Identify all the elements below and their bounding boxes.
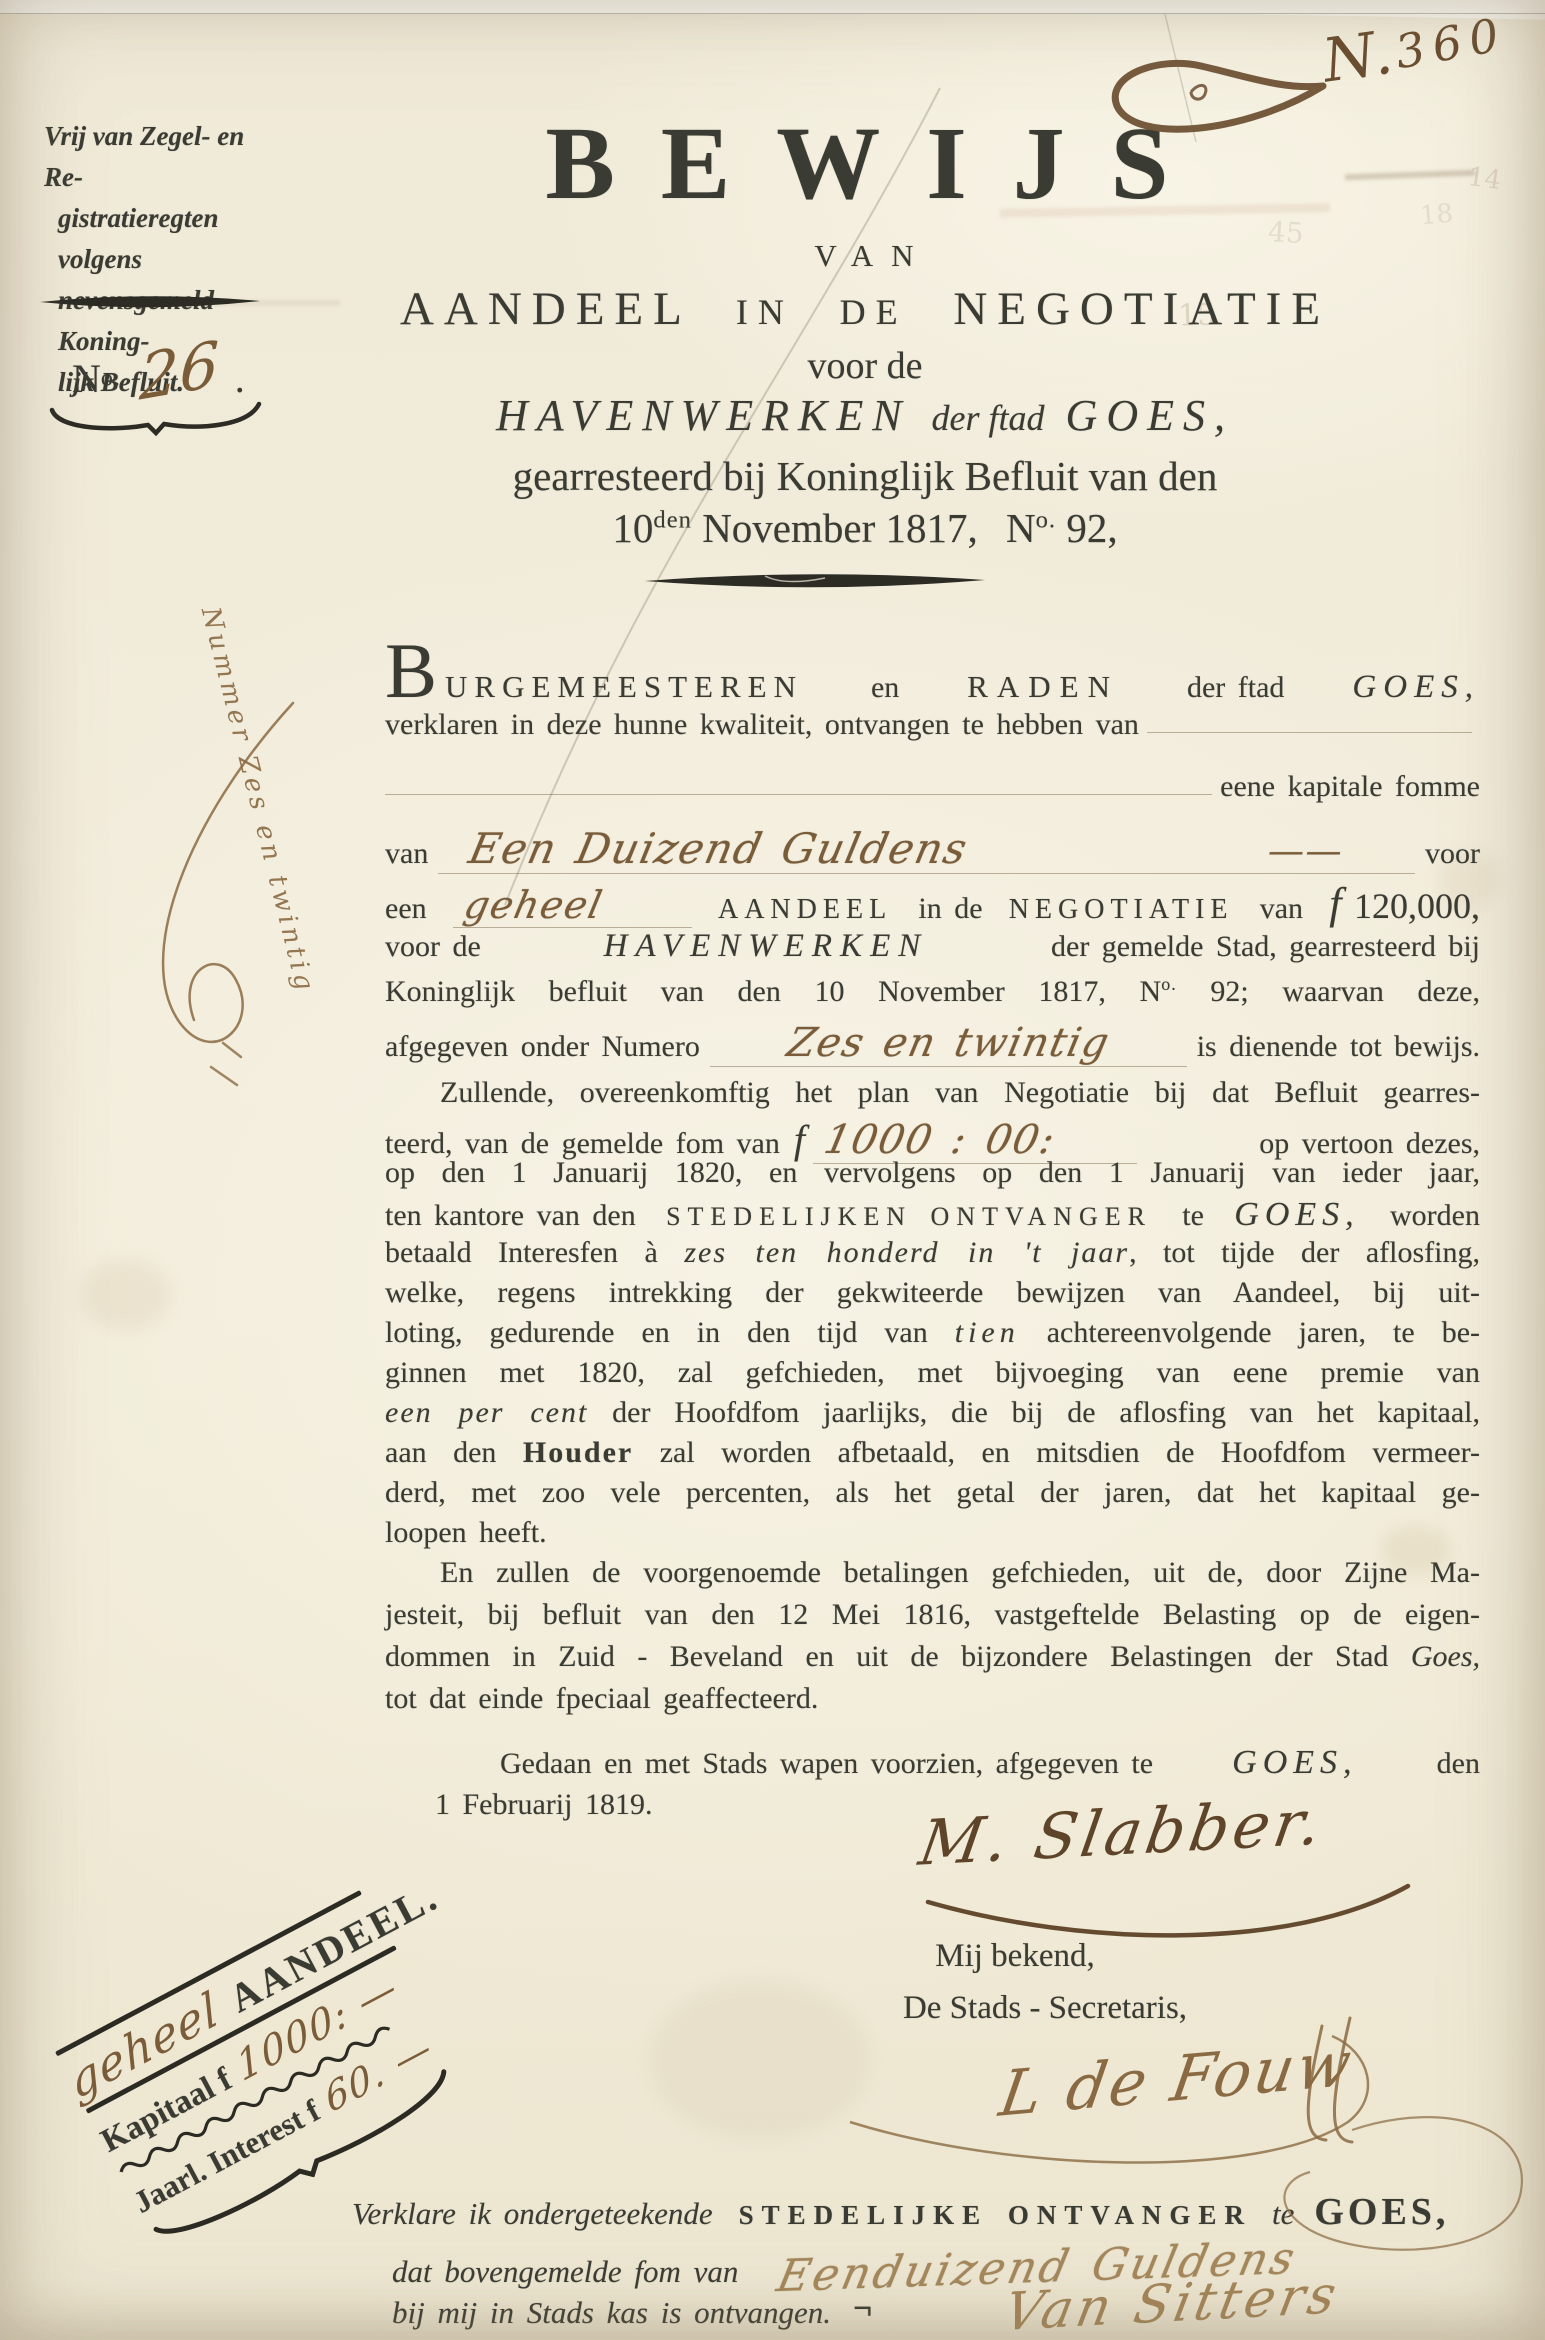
body-line: En zullen de voorgenoemde betalingen gef… — [385, 1556, 1480, 1590]
body-line: loting, gedurende en in den tijd van tie… — [385, 1316, 1480, 1350]
body-text: Koninglijk befluit van den 10 November 1… — [385, 975, 1161, 1008]
body-text: der gemelde Stad, gearresteerd bij — [1051, 930, 1480, 964]
body-text: zal worden afbetaald, en mitsdien de Hoo… — [660, 1436, 1480, 1469]
body-text: en — [871, 671, 899, 705]
body-text: worden — [1390, 1199, 1480, 1233]
share-number-label: N — [72, 356, 101, 401]
body-text: ten kantore van den — [385, 1199, 636, 1233]
body-text-italic: tien — [955, 1316, 1020, 1349]
ruled-fill-line: Een Duizend Guldens —— — [438, 824, 1415, 874]
body-line: B URGEMEESTEREN en RADEN der ftad GOES, — [385, 642, 1480, 706]
folio-prefix: N. — [1318, 17, 1398, 96]
title-word: NEGOTIATIE — [953, 283, 1330, 335]
title-word: AANDEEL — [400, 283, 690, 335]
body-text: GOES, — [1352, 669, 1480, 706]
title-word: DE — [840, 292, 908, 332]
body-text: , tot tijde der aflosfing, — [1129, 1236, 1480, 1269]
body-text: loting, gedurende en in den tijd van — [385, 1316, 928, 1349]
body-text-italic: een per cent — [385, 1396, 588, 1429]
receipt-text: Verklare ik ondergeteekende — [352, 2196, 713, 2232]
ghost-mark: 18 — [1419, 199, 1455, 232]
secretary-signature: L de Fouw — [995, 2026, 1359, 2131]
body-text: is dienende tot bewijs. — [1197, 1030, 1480, 1064]
title-word: GOES, — [1066, 391, 1234, 440]
body-line: ginnen met 1820, zal gefchieden, met bij… — [385, 1356, 1480, 1390]
receipt-text: STEDELIJKE ONTVANGER — [739, 2200, 1252, 2231]
paper-stain — [80, 1260, 170, 1330]
body-text: Gedaan en met Stads wapen voorzien, afge… — [500, 1747, 1153, 1781]
body-text: HAVENWERKEN — [604, 928, 929, 965]
printed-end-mark: ¬ — [853, 2290, 872, 2328]
lens-rule-ornament — [40, 294, 260, 310]
body-line: Koninglijk befluit van den 10 November 1… — [385, 974, 1480, 1009]
body-line: betaald Interesfen à zes ten honderd in … — [385, 1236, 1480, 1270]
body-line: van Een Duizend Guldens —— voor — [385, 824, 1480, 874]
body-text: GOES, — [1234, 1196, 1359, 1234]
handwritten-dash: —— — [1268, 831, 1343, 872]
decree-number-value: 92, — [1066, 505, 1117, 551]
margin-paraph-flourish — [128, 688, 318, 1098]
ruled-fill-line: Zes en twintig — [710, 1020, 1187, 1067]
share-certificate-document: 15 14 45 18 N. 360 Vrij van Zegel- en Re… — [0, 0, 1545, 2340]
ruled-fill-line — [1147, 730, 1472, 733]
body-line: tot dat einde fpeciaal geaffecteerd. — [385, 1682, 1480, 1716]
folio-flourish — [1095, 48, 1335, 148]
body-line: voor de HAVENWERKEN der gemelde Stad, ge… — [385, 928, 1480, 965]
negotiation-amount: 120,000, — [1354, 886, 1480, 926]
body-text: der Hoofdfom jaarlijks, die bij de aflos… — [612, 1396, 1480, 1429]
body-text: van — [385, 837, 428, 871]
receipt-line: Verklare ik ondergeteekende STEDELIJKE O… — [352, 2190, 1480, 2234]
receipt-text: bij mij in Stads kas is ontvangen. — [392, 2295, 831, 2331]
body-text-blackletter: Houder — [523, 1436, 633, 1469]
decree-number-o: o. — [1036, 506, 1056, 533]
body-line: aan den Houder zal worden afbetaald, en … — [385, 1436, 1480, 1470]
body-text: 92; waarvan deze, — [1210, 975, 1480, 1008]
receipt-text: te — [1272, 2196, 1294, 2232]
body-text: voor de — [385, 930, 481, 964]
notice-line: Vrij van Zegel- en Re- — [44, 116, 284, 198]
body-text: GOES, — [1232, 1744, 1357, 1782]
mayor-signature-underline — [928, 1886, 1408, 1935]
receipt-text: dat bovengemelde fom van — [392, 2254, 738, 2290]
body-line: jesteit, bij befluit van den 12 Mei 1816… — [385, 1598, 1480, 1632]
title-date-line: 10den November 1817, No. 92, — [335, 504, 1395, 552]
handwritten-sum: Een Duizend Guldens — [465, 824, 1273, 873]
body-text: van — [1260, 892, 1303, 926]
date-day: 10 — [612, 505, 653, 551]
handwritten-share-type: geheel — [460, 883, 607, 927]
body-line: loopen heeft. — [385, 1516, 1480, 1550]
body-text: te — [1182, 1199, 1204, 1233]
ghost-mark: 14 — [1466, 162, 1503, 196]
body-line: welke, regens intrekking der gekwiteerde… — [385, 1276, 1480, 1310]
body-line: dommen in Zuid - Beveland en uit de bijz… — [385, 1640, 1480, 1674]
scan-edge-top — [0, 0, 1545, 14]
title-word: IN — [736, 292, 794, 332]
body-text: in de — [918, 892, 982, 926]
body-line: derd, met zoo vele percenten, als het ge… — [385, 1476, 1480, 1510]
body-text: STEDELIJKEN ONTVANGER — [666, 1202, 1152, 1232]
drop-cap: B — [385, 642, 437, 700]
ruled-fill-line: geheel — [453, 883, 692, 928]
date-rest: November 1817, — [702, 505, 978, 551]
body-line: op den 1 Januarij 1820, en vervolgens op… — [385, 1156, 1480, 1190]
body-text: der ftad — [1187, 671, 1284, 705]
body-line: een geheel AANDEEL in de NEGOTIATIE van … — [385, 878, 1480, 929]
body-text: afgegeven onder Numero — [385, 1030, 700, 1064]
body-text: RADEN — [967, 669, 1119, 705]
body-line: eene kapitale fomme — [385, 770, 1480, 804]
share-number: No. 26 . — [72, 334, 245, 407]
body-text: betaald Interesfen à — [385, 1236, 658, 1269]
lens-rule-ornament — [645, 570, 985, 592]
body-text: voor — [1425, 837, 1480, 871]
secretary-title: De Stads - Secretaris, — [855, 1990, 1235, 2027]
body-text: eene kapitale fomme — [1220, 770, 1480, 804]
body-text: AANDEEL — [718, 894, 892, 926]
share-number-label-sup: o. — [101, 366, 121, 392]
body-text: NEGOTIATIE — [1009, 894, 1234, 926]
ordinal-sup: o. — [1161, 974, 1177, 994]
title-word: HAVENWERKEN — [496, 391, 911, 440]
attestation-known: Mij bekend, — [855, 1938, 1175, 1975]
paper-stain — [650, 1980, 870, 2140]
body-text: aan den — [385, 1436, 496, 1469]
handwritten-folio-number: N. 360 — [1095, 16, 1535, 156]
body-line: Zullende, overeenkomftig het plan van Ne… — [385, 1076, 1480, 1110]
body-line: Gedaan en met Stads wapen voorzien, afge… — [385, 1744, 1480, 1782]
receipt-text: GOES, — [1314, 2190, 1449, 2234]
notice-line: gistratieregten volgens — [44, 198, 284, 280]
body-text: dommen in Zuid - Beveland en uit de bijz… — [385, 1640, 1388, 1673]
body-text: verklaren in deze hunne kwaliteit, ontva… — [385, 708, 1139, 742]
body-text: URGEMEESTEREN — [445, 669, 803, 705]
share-number-dot: . — [235, 356, 245, 401]
title-van: VAN — [335, 238, 1395, 274]
body-text: den — [1437, 1747, 1480, 1781]
body-text-italic: Goes, — [1411, 1640, 1480, 1673]
title-voor-de: voor de — [335, 344, 1395, 388]
body-text: een — [385, 892, 427, 926]
title-word: der ftad — [932, 398, 1045, 438]
body-line: afgegeven onder Numero Zes en twintig is… — [385, 1020, 1480, 1067]
body-text: achtereenvolgende jaren, te be- — [1047, 1316, 1480, 1349]
body-line: ten kantore van den STEDELIJKEN ONTVANGE… — [385, 1196, 1480, 1234]
florin-symbol: f — [1329, 879, 1341, 928]
title-besluit-line: gearresteerd bij Koninglijk Befluit van … — [335, 452, 1395, 500]
ruled-fill-line — [385, 792, 1212, 795]
handwritten-numero: Zes en twintig — [783, 1020, 1114, 1066]
decree-number-n: N — [1006, 505, 1036, 551]
date-day-suffix: den — [653, 506, 692, 533]
brace-ornament — [48, 400, 263, 440]
title-havenwerken-line: HAVENWERKEN der ftad GOES, — [335, 390, 1395, 441]
body-line: verklaren in deze hunne kwaliteit, ontva… — [385, 708, 1480, 742]
body-line: een per cent der Hoofdfom jaarlijks, die… — [385, 1396, 1480, 1430]
body-text-italic: zes ten honderd in 't jaar — [684, 1236, 1129, 1269]
title-aandeel-line: AANDEEL IN DE NEGOTIATIE — [335, 282, 1395, 336]
